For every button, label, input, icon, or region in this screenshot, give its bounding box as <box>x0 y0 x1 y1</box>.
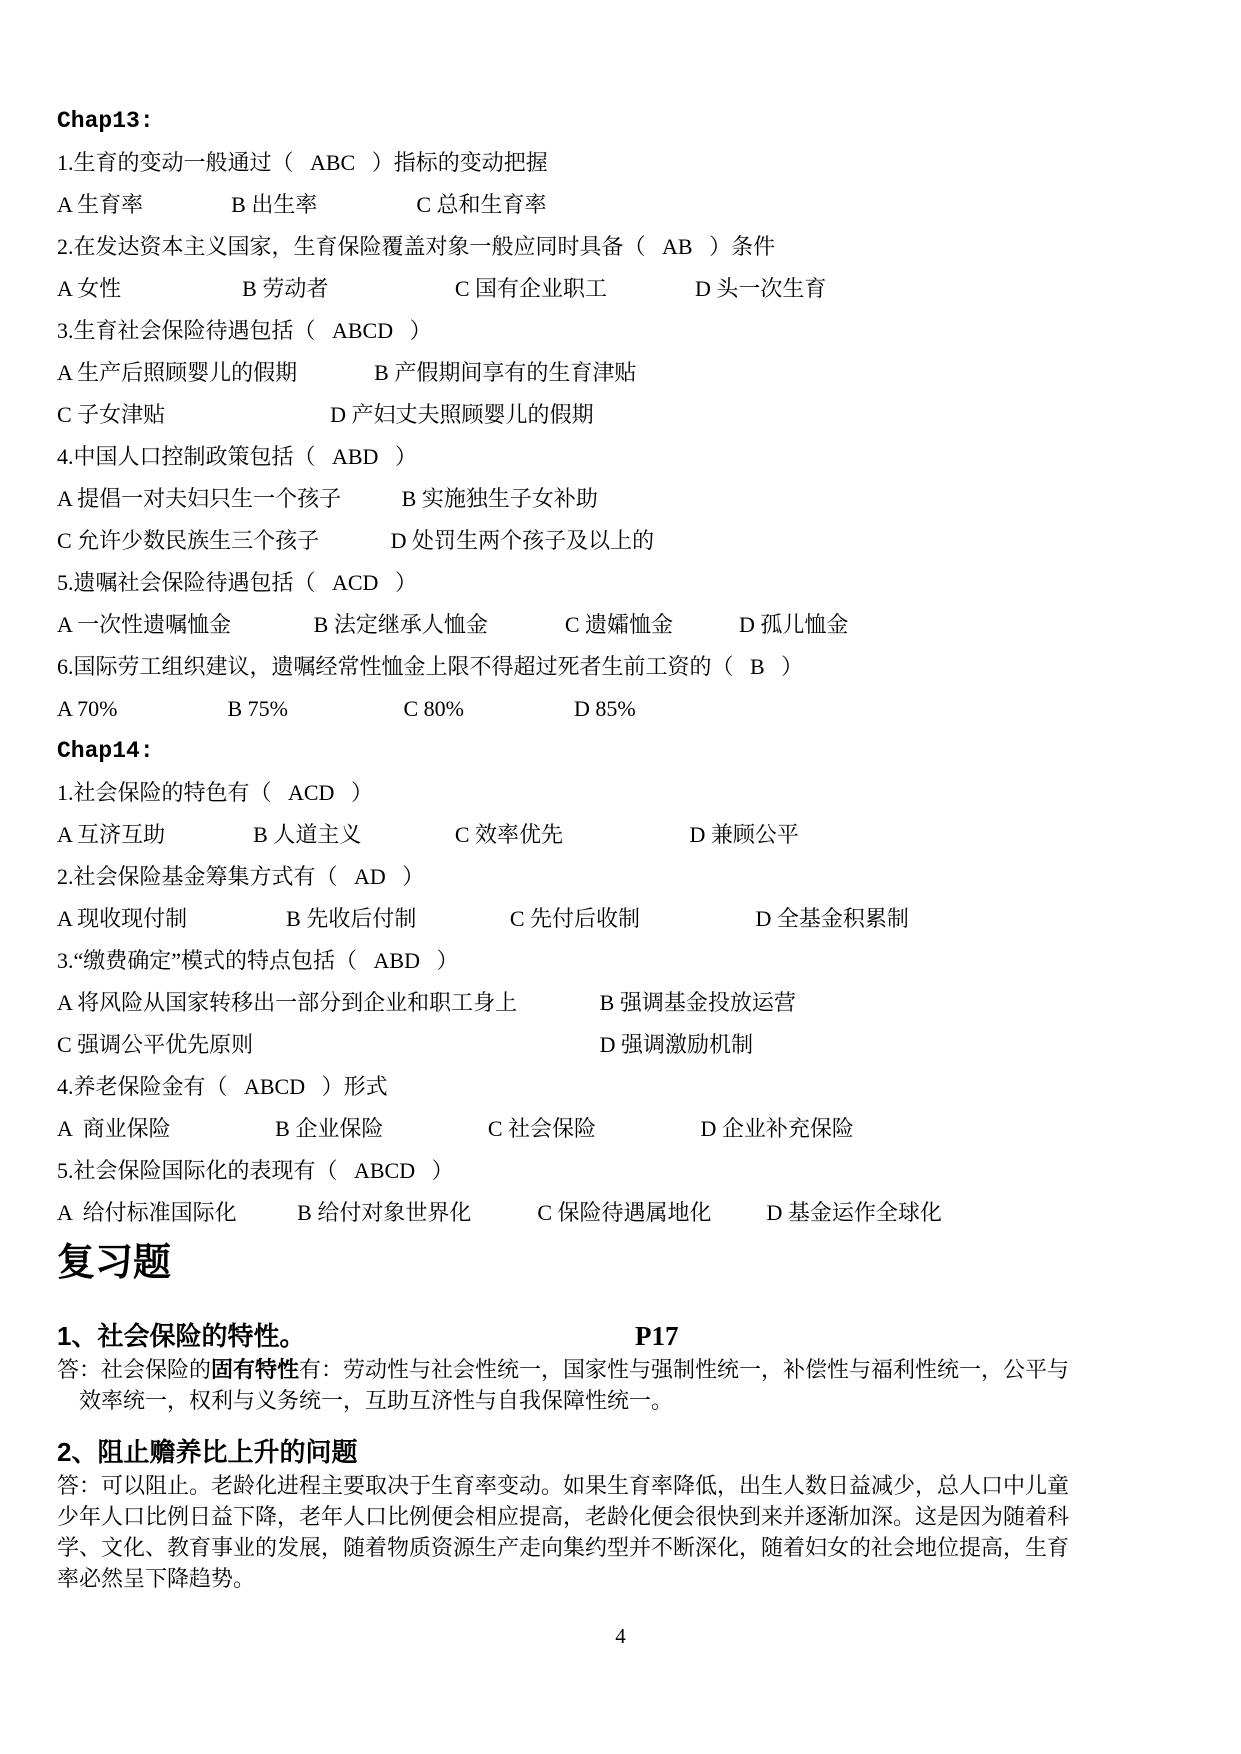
document-page: Chap13:1.生育的变动一般通过（ ABC ）指标的变动把握A 生育率 B … <box>0 0 1241 1594</box>
options-line: A 将风险从国家转移出一部分到企业和职工身上 B 强调基金投放运营 <box>57 982 1191 1024</box>
options-line: A 一次性遗嘱恤金 B 法定继承人恤金 C 遗孀恤金 D 孤儿恤金 <box>57 604 1191 646</box>
review-section: 1、社会保险的特性。P17答：社会保险的固有特性有：劳动性与社会性统一，国家性与… <box>57 1318 1191 1594</box>
review-question-heading: 1、社会保险的特性。P17 <box>57 1318 1191 1354</box>
answer-bold-text: 固有特性 <box>211 1357 299 1382</box>
review-section-title: 复习题 <box>57 1240 1191 1286</box>
options-line: A 互济互助 B 人道主义 C 效率优先 D 兼顾公平 <box>57 814 1191 856</box>
question-line: 4.中国人口控制政策包括（ ABD ） <box>57 436 1191 478</box>
question-line: 2.社会保险基金筹集方式有（ AD ） <box>57 856 1191 898</box>
options-line: A 给付标准国际化 B 给付对象世界化 C 保险待遇属地化 D 基金运作全球化 <box>57 1192 1191 1234</box>
question-line: 5.遗嘱社会保险待遇包括（ ACD ） <box>57 562 1191 604</box>
question-line: 1.生育的变动一般通过（ ABC ）指标的变动把握 <box>57 142 1191 184</box>
answer-text: 学、文化、教育事业的发展，随着物质资源生产走向集约型并不断深化，随着妇女的社会地… <box>57 1535 1069 1560</box>
chapter-title: Chap14: <box>57 730 1191 772</box>
question-line: 1.社会保险的特色有（ ACD ） <box>57 772 1191 814</box>
options-line: A 生产后照顾婴儿的假期 B 产假期间享有的生育津贴 <box>57 352 1191 394</box>
question-line: 4.养老保险金有（ ABCD ）形式 <box>57 1066 1191 1108</box>
options-line: A 70% B 75% C 80% D 85% <box>57 688 1191 730</box>
options-line: C 允许少数民族生三个孩子 D 处罚生两个孩子及以上的 <box>57 520 1191 562</box>
review-question-heading: 2、阻止赡养比上升的问题 <box>57 1434 1191 1470</box>
options-line: A 现收现付制 B 先收后付制 C 先付后收制 D 全基金积累制 <box>57 898 1191 940</box>
options-line: C 子女津贴 D 产妇丈夫照顾婴儿的假期 <box>57 394 1191 436</box>
answer-text: 答：可以阻止。老龄化进程主要取决于生育率变动。如果生育率降低，出生人数日益减少，… <box>57 1473 1069 1498</box>
multiple-choice-section: Chap13:1.生育的变动一般通过（ ABC ）指标的变动把握A 生育率 B … <box>57 100 1191 1234</box>
answer-line: 学、文化、教育事业的发展，随着物质资源生产走向集约型并不断深化，随着妇女的社会地… <box>57 1532 1191 1563</box>
options-line: A 女性 B 劳动者 C 国有企业职工 D 头一次生育 <box>57 268 1191 310</box>
answer-line: 答：社会保险的固有特性有：劳动性与社会性统一，国家性与强制性统一，补偿性与福利性… <box>57 1354 1191 1385</box>
answer-text: 有：劳动性与社会性统一，国家性与强制性统一，补偿性与福利性统一，公平与 <box>299 1357 1069 1382</box>
page-number: 4 <box>0 1622 1241 1650</box>
answer-text: 率必然呈下降趋势。 <box>57 1566 255 1591</box>
answer-line: 少年人口比例日益下降，老年人口比例便会相应提高，老龄化便会很快到来并逐渐加深。这… <box>57 1501 1191 1532</box>
question-line: 6.国际劳工组织建议，遗嘱经常性恤金上限不得超过死者生前工资的（ B ） <box>57 646 1191 688</box>
review-question-title: 2、阻止赡养比上升的问题 <box>57 1437 357 1467</box>
answer-text: 效率统一，权利与义务统一，互助互济性与自我保障性统一。 <box>57 1388 673 1413</box>
options-line: A 提倡一对夫妇只生一个孩子 B 实施独生子女补助 <box>57 478 1191 520</box>
question-line: 3.“缴费确定”模式的特点包括（ ABD ） <box>57 940 1191 982</box>
answer-line: 率必然呈下降趋势。 <box>57 1563 1191 1594</box>
answer-line: 效率统一，权利与义务统一，互助互济性与自我保障性统一。 <box>57 1385 1191 1416</box>
page-reference: P17 <box>635 1318 679 1354</box>
question-line: 2.在发达资本主义国家，生育保险覆盖对象一般应同时具备（ AB ）条件 <box>57 226 1191 268</box>
review-question-title: 1、社会保险的特性。 <box>57 1321 305 1351</box>
options-line: C 强调公平优先原则 D 强调激励机制 <box>57 1024 1191 1066</box>
chapter-title: Chap13: <box>57 100 1191 142</box>
question-line: 3.生育社会保险待遇包括（ ABCD ） <box>57 310 1191 352</box>
answer-text: 答：社会保险的 <box>57 1357 211 1382</box>
question-line: 5.社会保险国际化的表现有（ ABCD ） <box>57 1150 1191 1192</box>
options-line: A 生育率 B 出生率 C 总和生育率 <box>57 184 1191 226</box>
answer-line: 答：可以阻止。老龄化进程主要取决于生育率变动。如果生育率降低，出生人数日益减少，… <box>57 1470 1191 1501</box>
answer-text: 少年人口比例日益下降，老年人口比例便会相应提高，老龄化便会很快到来并逐渐加深。这… <box>57 1504 1069 1529</box>
options-line: A 商业保险 B 企业保险 C 社会保险 D 企业补充保险 <box>57 1108 1191 1150</box>
